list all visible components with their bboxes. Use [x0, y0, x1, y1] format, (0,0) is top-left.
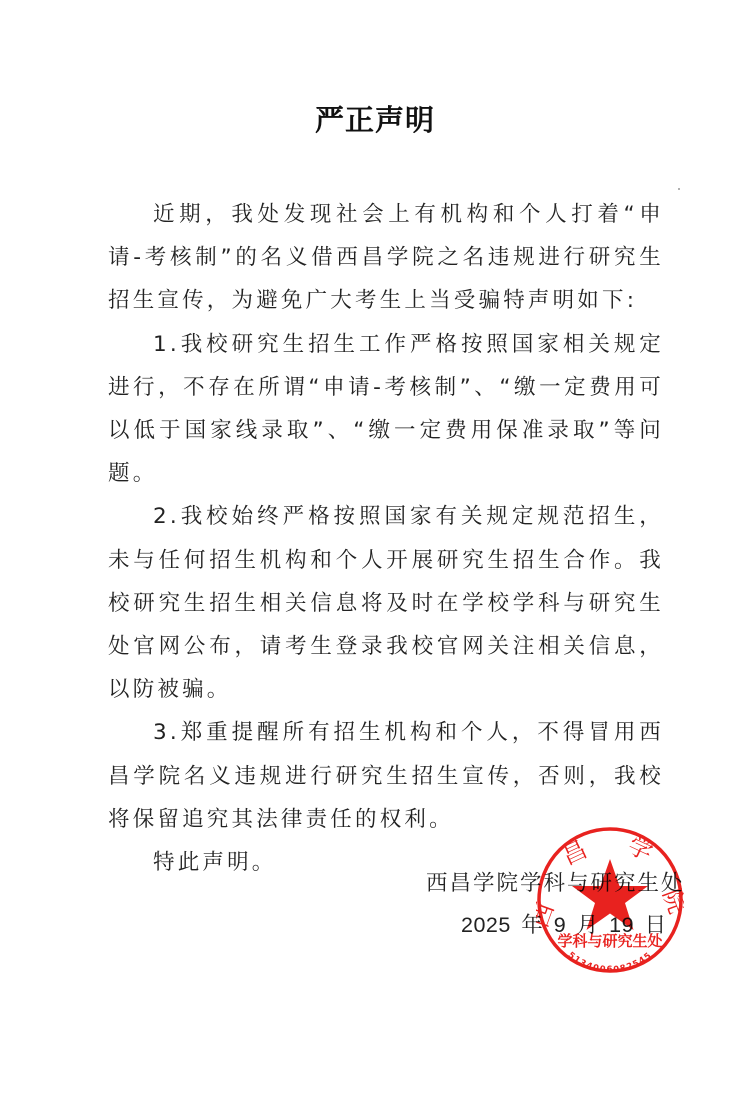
official-seal: 西 昌 学 院 学科与研究生处 5134006082545	[536, 826, 684, 974]
seal-arc-char: 昌	[558, 835, 592, 871]
seal-code: 5134006082545	[566, 950, 655, 974]
document-page: 严正声明 近期，我处发现社会上有机构和个人打着“申请-考核制”的名义借西昌学院之…	[0, 0, 750, 1112]
document-body: 近期，我处发现社会上有机构和个人打着“申请-考核制”的名义借西昌学院之名违规进行…	[108, 193, 664, 884]
document-title: 严正声明	[0, 98, 750, 139]
seal-center-text: 学科与研究生处	[557, 932, 662, 950]
intro-paragraph: 近期，我处发现社会上有机构和个人打着“申请-考核制”的名义借西昌学院之名违规进行…	[108, 193, 664, 323]
clause-1-paragraph: 1.我校研究生招生工作严格按照国家相关规定进行，不存在所谓“申请-考核制”、“缴…	[108, 323, 664, 496]
clause-3-paragraph: 3.郑重提醒所有招生机构和个人，不得冒用西昌学院名义违规进行研究生招生宣传，否则…	[108, 711, 664, 841]
star-icon	[572, 859, 648, 930]
scan-speck	[678, 188, 680, 190]
seal-arc-char: 学	[624, 831, 658, 867]
seal-arc-char: 西	[536, 899, 560, 931]
clause-2-paragraph: 2.我校始终严格按照国家有关规定规范招生，未与任何招生机构和个人开展研究生招生合…	[108, 495, 664, 711]
seal-code-text: 5134006082545	[566, 950, 655, 974]
